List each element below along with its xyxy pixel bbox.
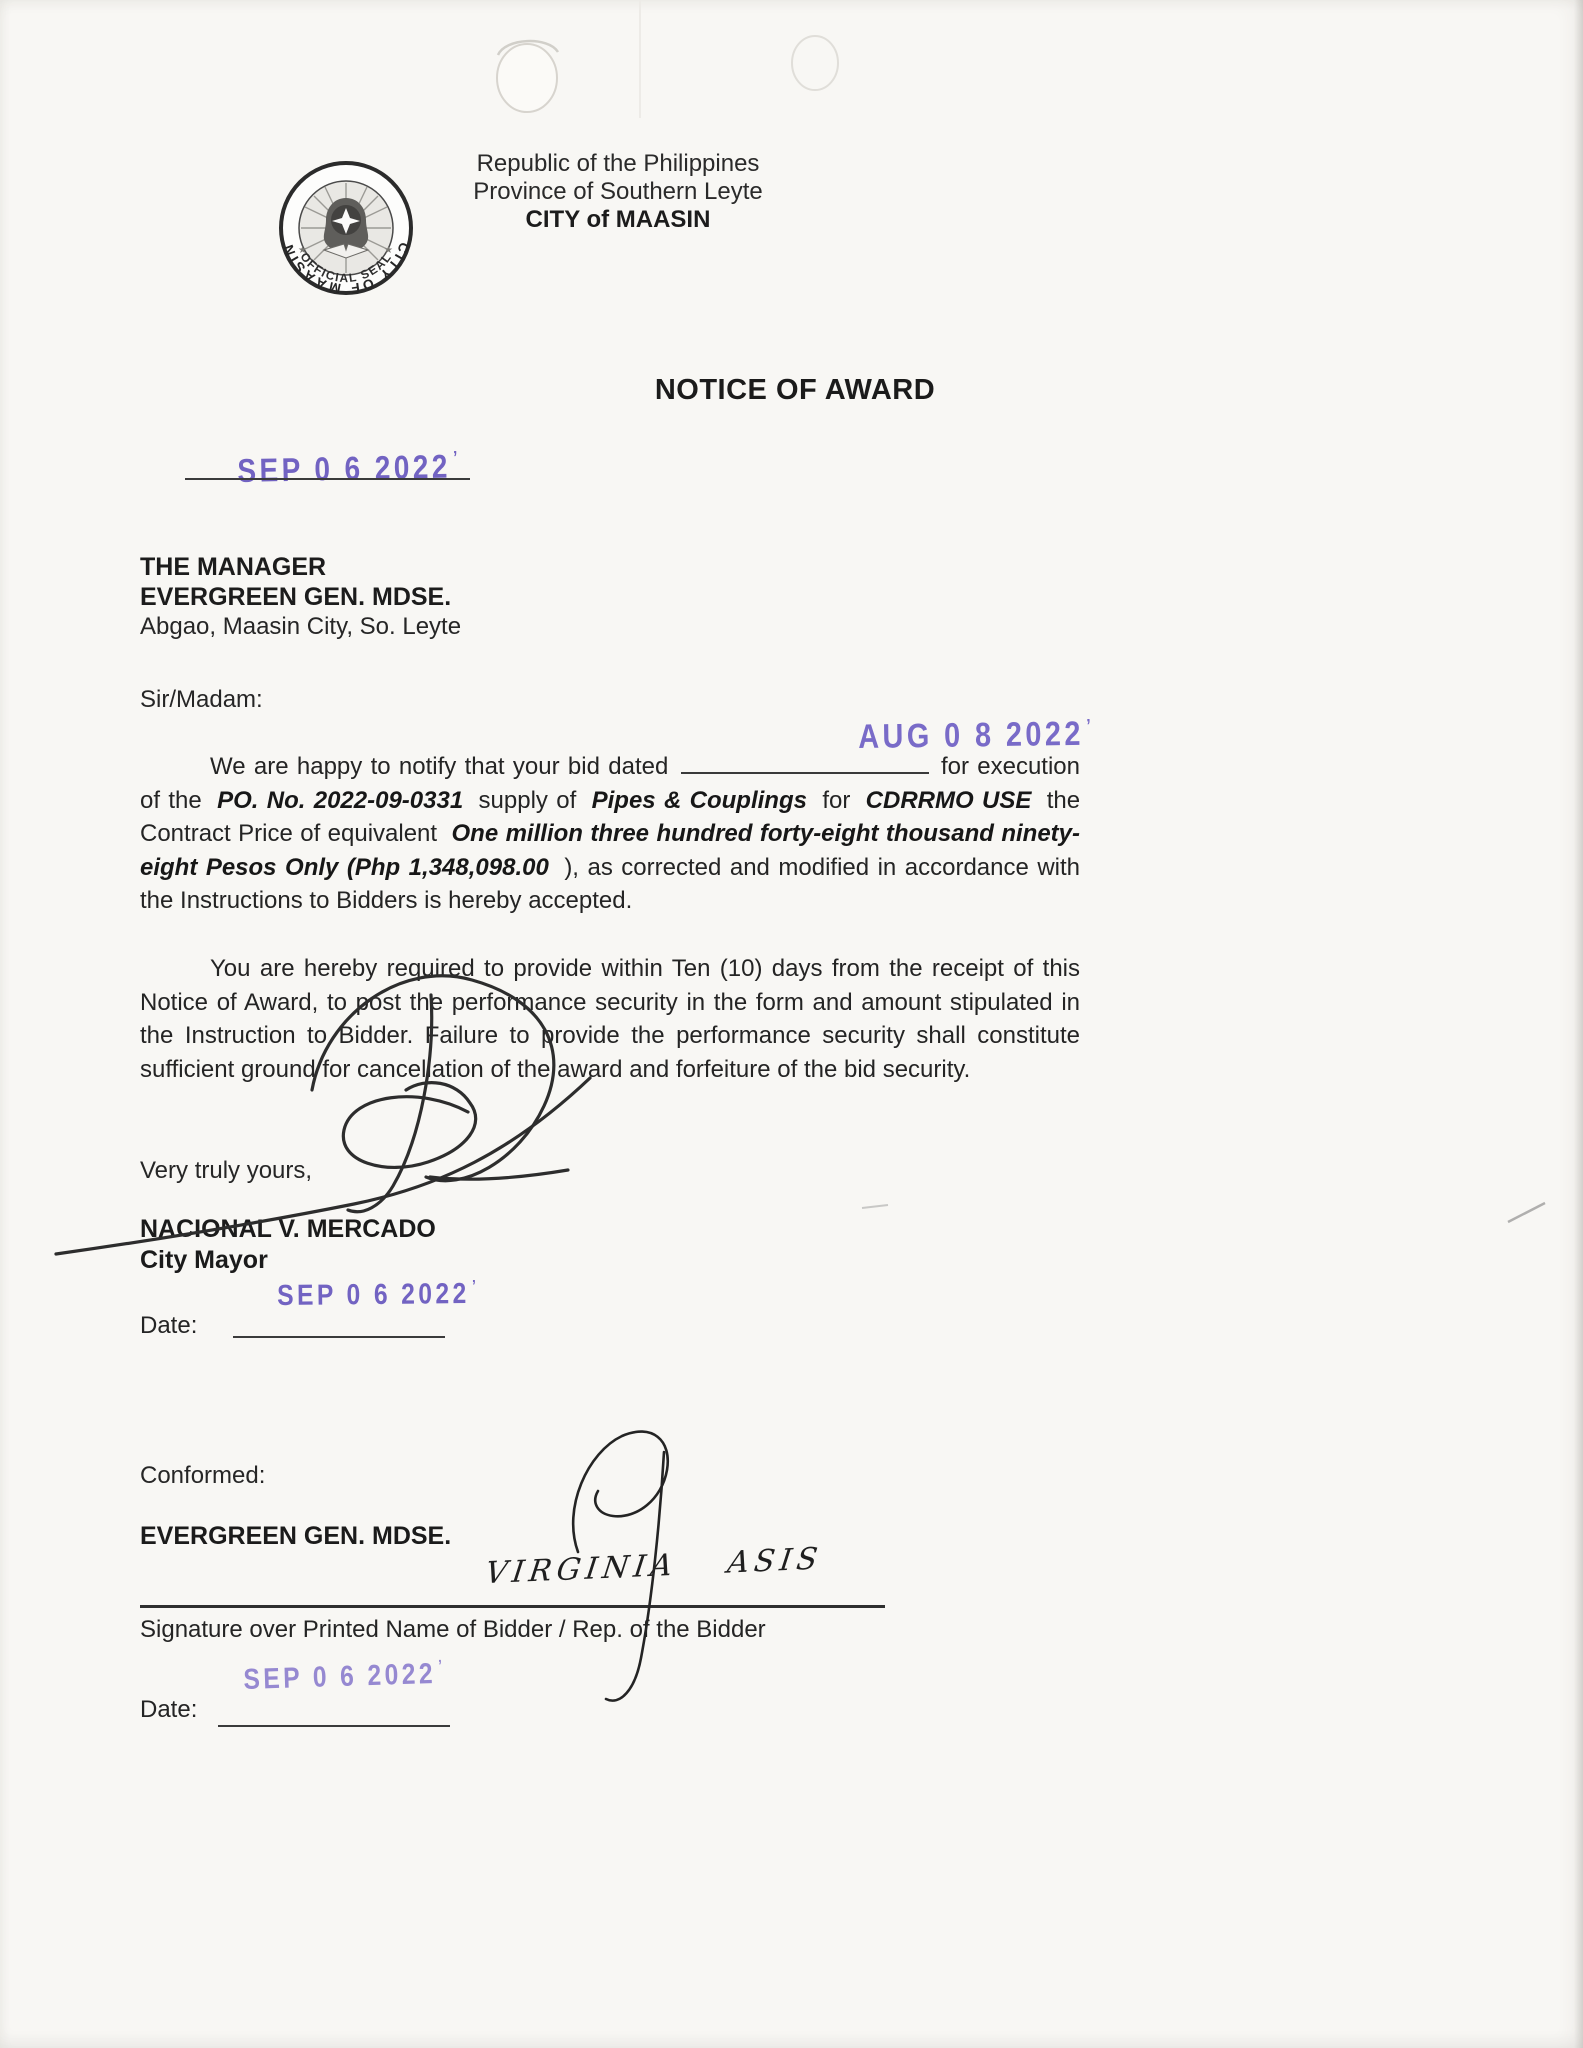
letterhead-country: Republic of the Philippines: [428, 150, 808, 178]
scanned-letter-page: CITY OF MAASIN OFFICIAL SEAL ★ ★ Republi…: [0, 0, 1583, 2048]
punch-hole: [497, 44, 557, 112]
punch-hole-fold: [498, 41, 558, 55]
received-date-line: [185, 478, 470, 480]
p1-text: for: [822, 787, 850, 814]
end-user: CDRRMO USE: [866, 787, 1032, 814]
bidder-company: EVERGREEN GEN. MDSE.: [140, 1522, 451, 1551]
letterhead-province: Province of Southern Leyte: [428, 178, 808, 206]
bidder-date-label: Date:: [140, 1696, 197, 1724]
stray-pen-mark: [862, 1205, 888, 1208]
mayor-date-line: [233, 1336, 445, 1338]
signatory-title: City Mayor: [140, 1245, 436, 1276]
bid-date-blank-line: [681, 749, 929, 774]
bidder-date-stamp: SEP 0 6 2022: [243, 1658, 446, 1697]
conformed-label: Conformed:: [140, 1462, 265, 1490]
letterhead-city: CITY of MAASIN: [428, 206, 808, 234]
addressee-role: THE MANAGER: [140, 552, 461, 582]
seal-star-left: ★: [298, 245, 307, 256]
paper-crease: [639, 0, 641, 118]
addressee-address: Abgao, Maasin City, So. Leyte: [140, 612, 461, 642]
received-date-stamp: SEP 0 6 2022: [237, 447, 461, 490]
bidder-signature-name: VIRGINIA ASIS: [483, 1541, 824, 1591]
addressee-company: EVERGREEN GEN. MDSE.: [140, 582, 461, 612]
body-paragraph-2: You are hereby required to provide withi…: [140, 952, 1080, 1086]
letterhead: Republic of the Philippines Province of …: [428, 150, 808, 234]
body-paragraph-1: We are happy to notify that your bid dat…: [140, 749, 1080, 918]
mayor-date-label: Date:: [140, 1312, 197, 1340]
page-edge-shadow: [1574, 0, 1583, 2048]
bidder-date-line: [218, 1725, 450, 1727]
mayor-date-stamp: SEP 0 6 2022: [277, 1278, 480, 1313]
stray-pen-mark: [1508, 1203, 1545, 1222]
po-number: PO. No. 2022-09-0331: [217, 787, 463, 814]
seal-star-right: ★: [384, 245, 393, 256]
bidder-signature-line: [140, 1605, 885, 1608]
seal-emblem: [324, 198, 368, 258]
p1-text: We are happy to notify that your bid dat…: [210, 753, 668, 780]
punch-holes: [0, 0, 1583, 160]
signatory-block: NACIONAL V. MERCADO City Mayor: [140, 1214, 436, 1276]
closing-phrase: Very truly yours,: [140, 1157, 312, 1185]
signatory-name: NACIONAL V. MERCADO: [140, 1214, 436, 1245]
salutation: Sir/Madam:: [140, 686, 263, 714]
p1-text: supply of: [479, 787, 577, 814]
punch-hole: [792, 36, 838, 90]
signature-caption: Signature over Printed Name of Bidder / …: [140, 1616, 766, 1644]
city-seal: CITY OF MAASIN OFFICIAL SEAL ★ ★: [276, 158, 416, 298]
supply-item: Pipes & Couplings: [592, 787, 807, 814]
addressee-block: THE MANAGER EVERGREEN GEN. MDSE. Abgao, …: [140, 552, 461, 642]
document-title: NOTICE OF AWARD: [595, 374, 995, 407]
